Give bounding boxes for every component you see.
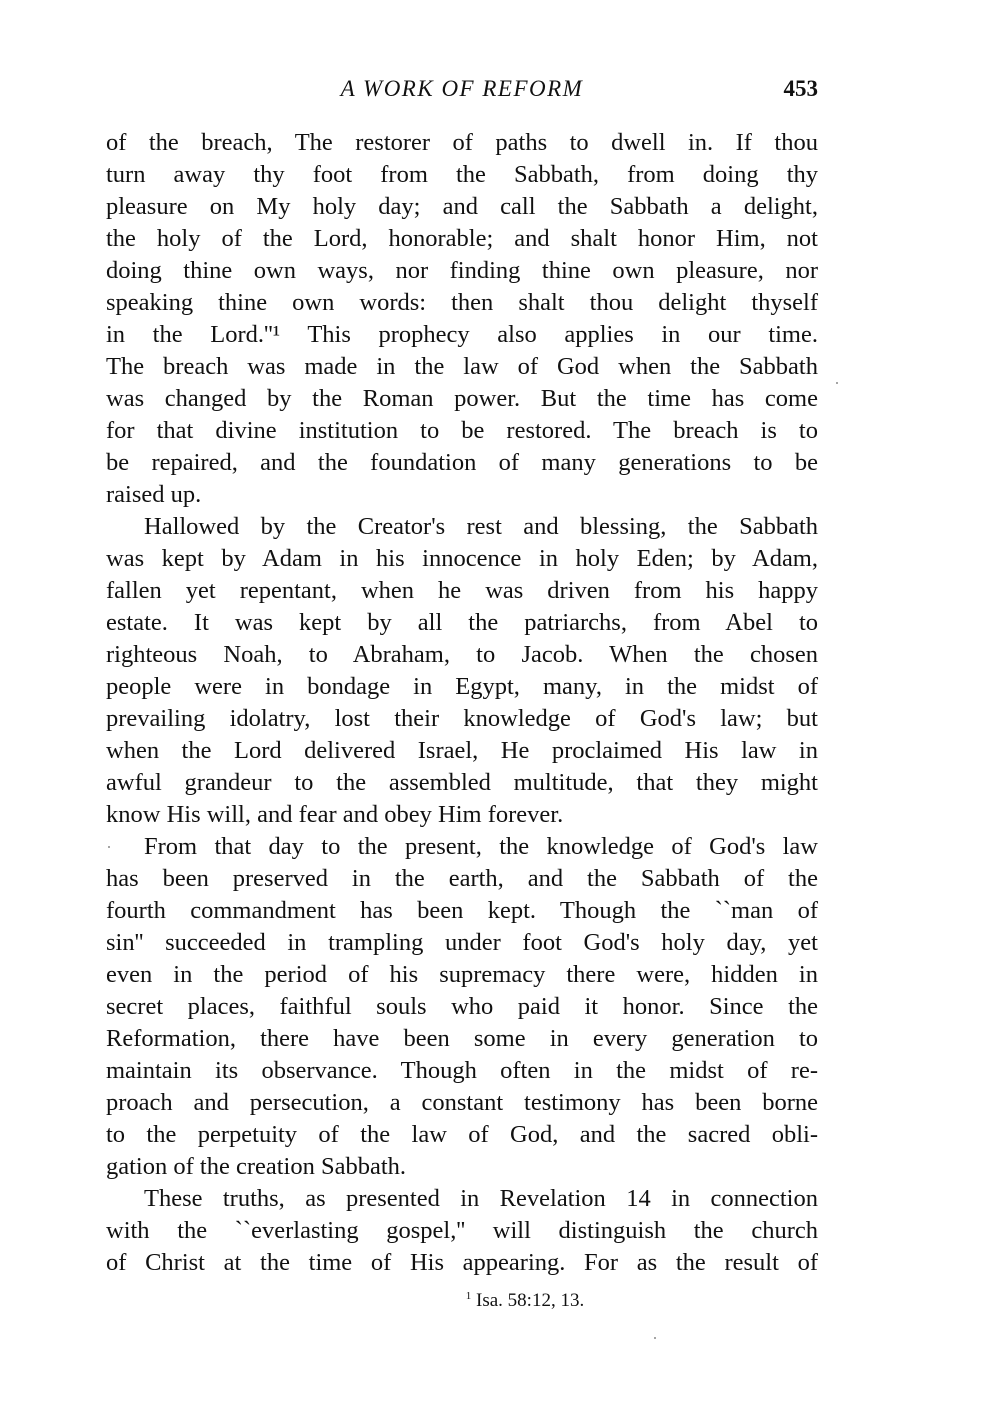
paragraph: Hallowed by the Creator's rest and bless… [106,511,818,831]
text-line: From that day to the present, the knowle… [106,831,818,863]
text-line: was changed by the Roman power. But the … [106,383,818,415]
scan-speck [836,382,838,384]
text-line: turn away thy foot from the Sabbath, fro… [106,159,818,191]
text-line: to the perpetuity of the law of God, and… [106,1119,818,1151]
text-line: was kept by Adam in his innocence in hol… [106,543,818,575]
footnote: 1 Isa. 58:12, 13. [0,1290,1000,1312]
page-number: 453 [784,76,819,102]
text-line: awful grandeur to the assembled multitud… [106,767,818,799]
text-line: maintain its observance. Though often in… [106,1055,818,1087]
text-line: estate. It was kept by all the patriarch… [106,607,818,639]
text-line: speaking thine own words: then shalt tho… [106,287,818,319]
scan-speck [654,1337,656,1339]
text-line: for that divine institution to be restor… [106,415,818,447]
text-line: in the Lord.''¹ This prophecy also appli… [106,319,818,351]
text-line: has been preserved in the earth, and the… [106,863,818,895]
running-head: A WORK OF REFORM 453 [106,74,818,106]
paragraph: of the breach, The restorer of paths to … [106,127,818,511]
text-line: fourth commandment has been kept. Though… [106,895,818,927]
text-line: of the breach, The restorer of paths to … [106,127,818,159]
text-line: be repaired, and the foundation of many … [106,447,818,479]
text-line: gation of the creation Sabbath. [106,1151,818,1183]
text-line: Reformation, there have been some in eve… [106,1023,818,1055]
paragraph: From that day to the present, the knowle… [106,831,818,1183]
text-line: The breach was made in the law of God wh… [106,351,818,383]
footnote-text: Isa. 58:12, 13. [476,1290,584,1311]
text-line: righteous Noah, to Abraham, to Jacob. Wh… [106,639,818,671]
text-line: even in the period of his supremacy ther… [106,959,818,991]
text-line: of Christ at the time of His appearing. … [106,1247,818,1279]
text-line: secret places, faithful souls who paid i… [106,991,818,1023]
chapter-title: A WORK OF REFORM [106,76,818,102]
text-line: when the Lord delivered Israel, He procl… [106,735,818,767]
text-line: raised up. [106,479,818,511]
text-line: These truths, as presented in Revelation… [106,1183,818,1215]
text-line: know His will, and fear and obey Him for… [106,799,818,831]
text-line: doing thine own ways, nor finding thine … [106,255,818,287]
footnote-marker: 1 [466,1290,472,1302]
book-page: A WORK OF REFORM 453 of the breach, The … [0,0,1000,1412]
text-line: sin'' succeeded in trampling under foot … [106,927,818,959]
text-line: prevailing idolatry, lost their knowledg… [106,703,818,735]
text-line: fallen yet repentant, when he was driven… [106,575,818,607]
paragraph: These truths, as presented in Revelation… [106,1183,818,1279]
text-line: people were in bondage in Egypt, many, i… [106,671,818,703]
text-line: Hallowed by the Creator's rest and bless… [106,511,818,543]
text-line: proach and persecution, a constant testi… [106,1087,818,1119]
text-line: the holy of the Lord, honorable; and sha… [106,223,818,255]
scan-speck [108,846,110,848]
text-line: with the ``everlasting gospel,'' will di… [106,1215,818,1247]
body-text: of the breach, The restorer of paths to … [106,127,818,1279]
text-line: pleasure on My holy day; and call the Sa… [106,191,818,223]
